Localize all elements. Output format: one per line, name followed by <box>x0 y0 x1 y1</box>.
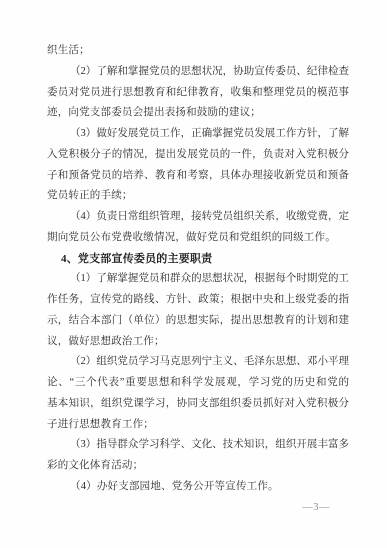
text-line: 子进行思想教育工作； <box>47 415 349 436</box>
page-number: —3— <box>47 498 349 519</box>
text-line: （3）做好发展党员工作，正确掌握党员发展工作方针，了解 <box>47 124 349 145</box>
text-line: 作任务，宣传党的路线、方针、政策；根据中央和上级党委的指 <box>47 290 349 311</box>
text-line: 期向党员公布党费收缴情况，做好党员和党组织的同级工作。 <box>47 228 349 249</box>
text-line: 子和预备党员的培养、教育和考察，具体办理接收新党员和预备 <box>47 166 349 187</box>
text-line: （2）组织党员学习马克思列宁主义、毛泽东思想、邓小平理 <box>47 352 349 373</box>
text-line: （2）了解和掌握党员的思想状况，协助宣传委员、纪律检查 <box>47 62 349 83</box>
text-line: （4）负责日常组织管理，接转党员组织关系，收缴党费，定 <box>47 207 349 228</box>
text-line: 论、“三个代表”重要思想和科学发展观，学习党的历史和党的 <box>47 373 349 394</box>
text-line: （3）指导群众学习科学、文化、技术知识，组织开展丰富多 <box>47 435 349 456</box>
document-body: 织生活；（2）了解和掌握党员的思想状况，协助宣传委员、纪律检查委员对党员进行思想… <box>47 41 349 518</box>
text-line: 迹，向党支部委员会提出表扬和鼓励的建议； <box>47 103 349 124</box>
scanned-document-page: 织生活；（2）了解和掌握党员的思想状况，协助宣传委员、纪律检查委员对党员进行思想… <box>0 0 387 548</box>
text-line: 委员对党员进行思想教育和纪律教育，收集和整理党员的模范事 <box>47 83 349 104</box>
text-line: 党员转正的手续； <box>47 186 349 207</box>
text-line: 示，结合本部门（单位）的思想实际，提出思想教育的计划和建 <box>47 311 349 332</box>
text-line: 入党积极分子的情况，提出发展党员的一件，负责对入党积极分 <box>47 145 349 166</box>
text-line: 彩的文化体育活动； <box>47 456 349 477</box>
text-line: （4）办好支部园地、党务公开等宣传工作。 <box>47 477 349 498</box>
section-heading: 4、党支部宣传委员的主要职责 <box>47 249 349 270</box>
text-line: 基本知识，组织党课学习，协同支部组织委员抓好对入党积极分 <box>47 394 349 415</box>
text-line: （1）了解掌握党员和群众的思想状况，根据每个时期党的工 <box>47 269 349 290</box>
text-line: 织生活； <box>47 41 349 62</box>
text-line: 议，做好思想政治工作； <box>47 332 349 353</box>
